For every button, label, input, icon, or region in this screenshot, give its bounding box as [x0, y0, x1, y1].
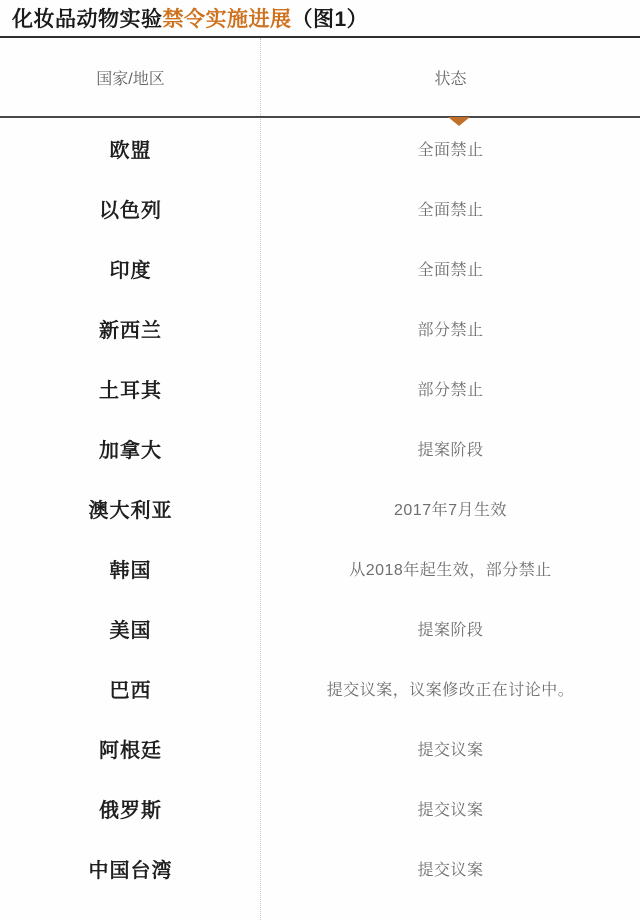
country-cell: 澳大利亚	[0, 494, 261, 523]
column-header-country: 国家/地区	[0, 66, 261, 89]
status-cell: 提交议案	[261, 857, 640, 880]
status-cell: 提交议案，议案修改正在讨论中。	[261, 677, 640, 700]
status-cell: 2017年7月生效	[261, 497, 640, 520]
status-cell: 部分禁止	[261, 317, 640, 340]
country-cell: 以色列	[0, 194, 261, 223]
figure-title-suffix: （图1）	[292, 8, 369, 31]
country-cell: 欧盟	[0, 134, 261, 163]
country-cell: 土耳其	[0, 374, 261, 403]
country-cell: 阿根廷	[0, 734, 261, 763]
status-table: 国家/地区 状态 欧盟 全面禁止 以色列 全面禁止 印度 全面禁止 新西兰 部分…	[0, 38, 640, 920]
table-header-row: 国家/地区 状态	[0, 38, 640, 118]
country-cell: 中国台湾	[0, 854, 261, 883]
table-row: 土耳其 部分禁止	[0, 358, 640, 418]
country-cell: 印度	[0, 254, 261, 283]
table-row: 阿根廷 提交议案	[0, 718, 640, 778]
country-cell: 加拿大	[0, 434, 261, 463]
status-cell: 从2018年起生效，部分禁止	[261, 557, 640, 580]
figure-title: 化妆品动物实验禁令实施进展（图1）	[12, 3, 368, 33]
figure-title-prefix: 化妆品动物实验	[12, 8, 163, 31]
table-row: 中国台湾 提交议案	[0, 838, 640, 898]
table-body: 欧盟 全面禁止 以色列 全面禁止 印度 全面禁止 新西兰 部分禁止 土耳其 部分…	[0, 118, 640, 898]
table-row: 以色列 全面禁止	[0, 178, 640, 238]
status-cell: 提案阶段	[261, 437, 640, 460]
status-cell: 全面禁止	[261, 197, 640, 220]
column-header-status: 状态	[261, 66, 640, 89]
column-divider-dotted-line	[260, 38, 261, 920]
status-cell: 提交议案	[261, 737, 640, 760]
table-row: 新西兰 部分禁止	[0, 298, 640, 358]
table-row: 印度 全面禁止	[0, 238, 640, 298]
status-cell: 部分禁止	[261, 377, 640, 400]
status-cell: 提交议案	[261, 797, 640, 820]
table-row: 俄罗斯 提交议案	[0, 778, 640, 838]
country-cell: 巴西	[0, 674, 261, 703]
table-row: 欧盟 全面禁止	[0, 118, 640, 178]
country-cell: 新西兰	[0, 314, 261, 343]
figure-title-bar: 化妆品动物实验禁令实施进展（图1）	[0, 0, 640, 38]
status-cell: 全面禁止	[261, 137, 640, 160]
table-row: 澳大利亚 2017年7月生效	[0, 478, 640, 538]
figure-title-highlight: 禁令实施进展	[163, 8, 292, 31]
country-cell: 美国	[0, 614, 261, 643]
table-row: 美国 提案阶段	[0, 598, 640, 658]
status-cell: 提案阶段	[261, 617, 640, 640]
table-row: 韩国 从2018年起生效，部分禁止	[0, 538, 640, 598]
status-cell: 全面禁止	[261, 257, 640, 280]
country-cell: 俄罗斯	[0, 794, 261, 823]
table-row: 巴西 提交议案，议案修改正在讨论中。	[0, 658, 640, 718]
down-triangle-marker	[448, 117, 470, 126]
table-row: 加拿大 提案阶段	[0, 418, 640, 478]
figure-table-page: 化妆品动物实验禁令实施进展（图1） 国家/地区 状态 欧盟 全面禁止 以色列 全…	[0, 0, 640, 920]
country-cell: 韩国	[0, 554, 261, 583]
